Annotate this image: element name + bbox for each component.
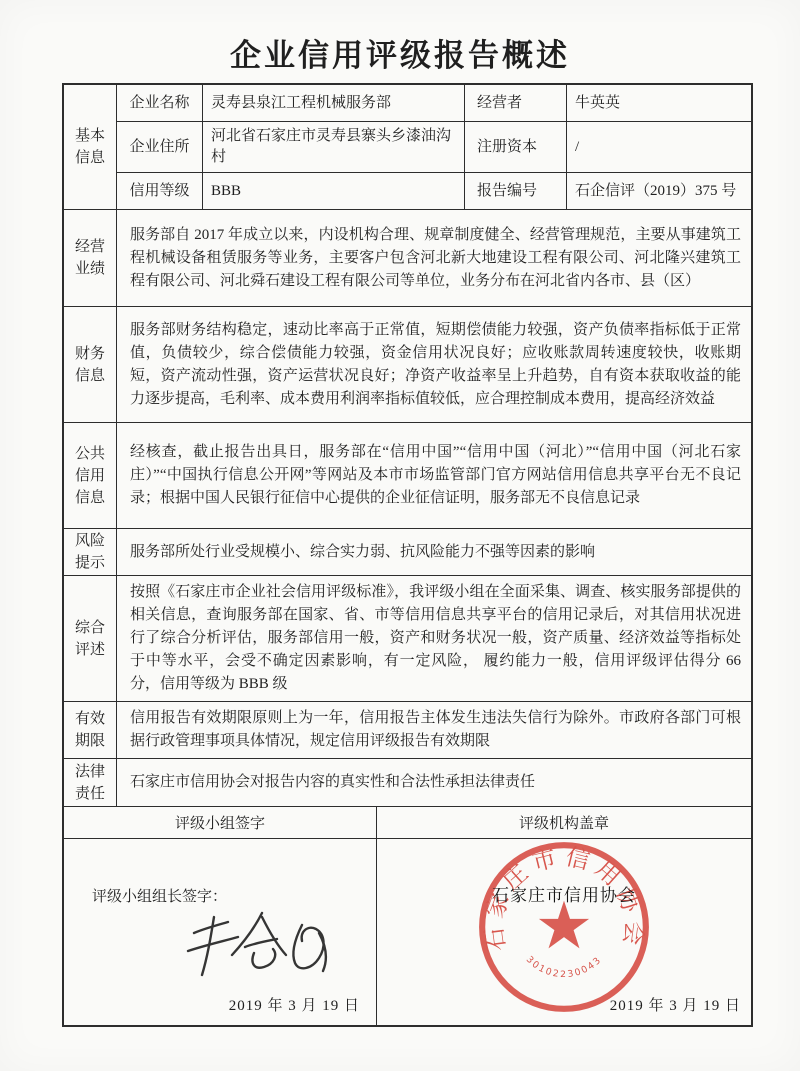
section-basic-info: 基本信息 企业名称 灵寿县泉江工程机械服务部 经营者 牛英英 企业住所 河北省石… (64, 85, 751, 210)
official-seal: 石家庄市信用协会 1301022300430 (476, 839, 652, 1015)
field-label-company-name: 企业名称 (117, 85, 203, 121)
field-value-operator: 牛英英 (567, 85, 751, 121)
scanned-report-page: 企业信用评级报告概述 基本信息 企业名称 灵寿县泉江工程机械服务部 经营者 牛英… (0, 0, 800, 1071)
section-text: 按照《石家庄市企业社会信用评级标准》，我评级小组在全面采集、调查、核实服务部提供… (117, 576, 751, 701)
table-row: 信用等级 BBB 报告编号 石企信评（2019）375 号 (117, 173, 751, 209)
field-label-report-number: 报告编号 (465, 173, 567, 209)
section-label: 综合评述 (64, 576, 117, 701)
signature-right-header: 评级机构盖章 (377, 807, 751, 838)
section-label: 有效期限 (64, 702, 117, 758)
section-label: 经营业绩 (64, 210, 117, 306)
field-label-operator: 经营者 (465, 85, 567, 121)
section-label: 法律责任 (64, 759, 117, 806)
field-value-registered-capital: / (567, 122, 751, 172)
field-value-credit-grade: BBB (203, 173, 465, 209)
table-row: 企业住所 河北省石家庄市灵寿县寨头乡漆油沟村 注册资本 / (117, 122, 751, 173)
field-label-credit-grade: 信用等级 (117, 173, 203, 209)
section-public-credit-info: 公共信用信息 经核查，截止报告出具日，服务部在“信用中国”“信用中国（河北）”“… (64, 423, 751, 529)
left-date: 2019 年 3 月 19 日 (229, 994, 360, 1015)
field-value-address: 河北省石家庄市灵寿县寨头乡漆油沟村 (203, 122, 465, 172)
signature-left-header: 评级小组签字 (64, 807, 377, 838)
section-risk-warning: 风险提示 服务部所处行业受规模小、综合实力弱、抗风险能力不强等因素的影响 (64, 529, 751, 576)
section-label: 财务信息 (64, 307, 117, 422)
section-text: 石家庄市信用协会对报告内容的真实性和合法性承担法律责任 (117, 766, 751, 799)
section-validity-period: 有效期限 信用报告有效期限原则上为一年，信用报告主体发生违法失信行为除外。市政府… (64, 702, 751, 759)
section-comprehensive-review: 综合评述 按照《石家庄市企业社会信用评级标准》，我评级小组在全面采集、调查、核实… (64, 576, 751, 702)
report-table: 基本信息 企业名称 灵寿县泉江工程机械服务部 经营者 牛英英 企业住所 河北省石… (62, 83, 753, 1027)
handwritten-signature (182, 901, 342, 993)
section-text: 服务部自 2017 年成立以来，内设机构合理、规章制度健全、经营管理规范，主要从… (117, 219, 751, 298)
seal-cell: 石家庄市信用协会 1301022300430 石家庄市信用协会 2019 年 3… (377, 839, 751, 1025)
field-label-address: 企业住所 (117, 122, 203, 172)
section-label: 公共信用信息 (64, 423, 117, 528)
field-value-report-number: 石企信评（2019）375 号 (567, 173, 751, 209)
section-legal-liability: 法律责任 石家庄市信用协会对报告内容的真实性和合法性承担法律责任 (64, 759, 751, 807)
section-business-performance: 经营业绩 服务部自 2017 年成立以来，内设机构合理、规章制度健全、经营管理规… (64, 210, 751, 307)
right-date: 2019 年 3 月 19 日 (610, 994, 741, 1015)
table-row: 企业名称 灵寿县泉江工程机械服务部 经营者 牛英英 (117, 85, 751, 122)
signature-cell: 评级小组组长签字： 2019 年 3 月 19 日 (64, 839, 377, 1025)
page-title: 企业信用评级报告概述 (0, 30, 800, 75)
section-financial-info: 财务信息 服务部财务结构稳定，速动比率高于正常值，短期偿债能力较强，资产负债率指… (64, 307, 751, 423)
organization-name: 石家庄市信用协会 (449, 881, 679, 906)
field-label-registered-capital: 注册资本 (465, 122, 567, 172)
signature-body-row: 评级小组组长签字： 2019 年 3 月 19 日 (64, 839, 751, 1025)
field-value-company-name: 灵寿县泉江工程机械服务部 (203, 85, 465, 121)
section-text: 经核查，截止报告出具日，服务部在“信用中国”“信用中国（河北）”“信用中国（河北… (117, 436, 751, 515)
seal-star (539, 901, 589, 949)
signature-header-row: 评级小组签字 评级机构盖章 (64, 807, 751, 839)
section-label-basic: 基本信息 (64, 85, 117, 209)
section-text: 信用报告有效期限原则上为一年，信用报告主体发生违法失信行为除外。市政府各部门可根… (117, 702, 751, 758)
section-text: 服务部财务结构稳定，速动比率高于正常值，短期偿债能力较强，资产负债率指标低于正常… (117, 314, 751, 416)
section-label: 风险提示 (64, 529, 117, 575)
section-text: 服务部所处行业受规模小、综合实力弱、抗风险能力不强等因素的影响 (117, 536, 751, 569)
